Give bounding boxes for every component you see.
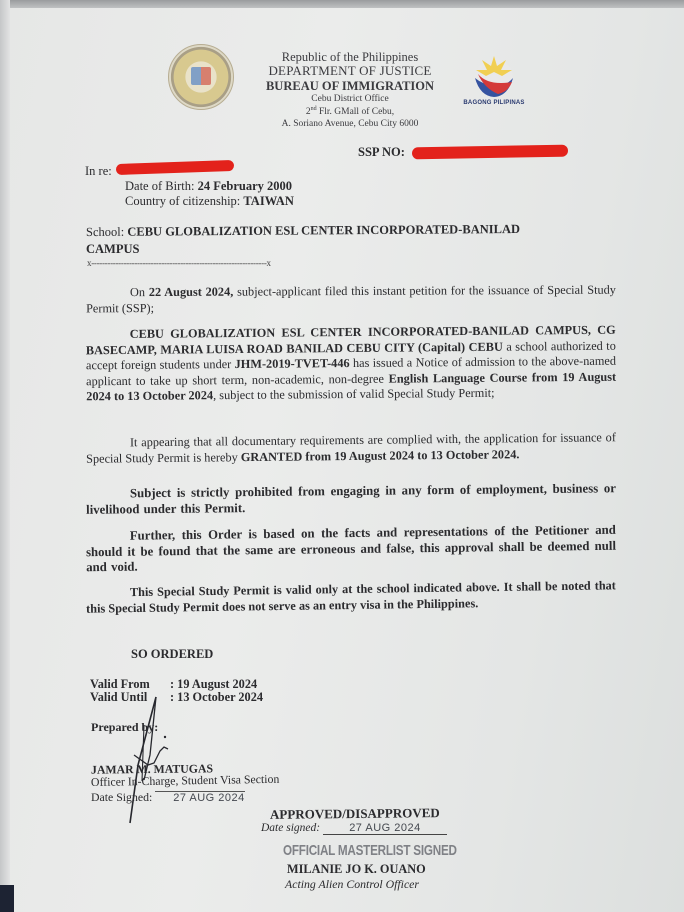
so-ordered: SO ORDERED [131, 647, 213, 662]
citizenship-label: Country of citizenship: [125, 194, 243, 208]
paragraph-prohibition: Subject is strictly prohibited from enga… [86, 481, 616, 518]
background-object [0, 885, 14, 912]
p2-post: , subject to the submission of valid Spe… [213, 386, 495, 402]
address-building: Flr. GMall of Cebu, [317, 107, 395, 117]
paragraph-school-admission: CEBU GLOBALIZATION ESL CENTER INCORPORAT… [86, 323, 617, 405]
letterhead-bureau: BUREAU OF IMMIGRATION [240, 79, 460, 93]
validity-note-text: This Special Study Permit is valid only … [86, 578, 616, 615]
school-name: CEBU GLOBALIZATION ESL CENTER INCORPORAT… [127, 222, 520, 239]
bagong-pilipinas-logo [468, 52, 520, 98]
signature-ink [120, 695, 190, 825]
approval-date-label: Date signed: [261, 822, 323, 834]
school-line2: CAMPUS [86, 242, 139, 257]
dob-label: Date of Birth: [125, 179, 198, 193]
date-of-birth: Date of Birth: 24 February 2000 [125, 179, 292, 194]
citizenship-value: TAIWAN [243, 194, 293, 208]
null-void-text: Further, this Order is based on the fact… [86, 523, 616, 574]
dob-value: 24 February 2000 [198, 179, 292, 193]
approval-heading: APPROVED/DISAPPROVED [270, 805, 440, 823]
letterhead-republic: Republic of the Philippines [240, 50, 460, 64]
ssp-number-label: SSP NO: [358, 145, 405, 160]
letterhead: Republic of the Philippines DEPARTMENT O… [240, 50, 460, 130]
school-line1: School: CEBU GLOBALIZATION ESL CENTER IN… [86, 222, 520, 240]
paragraph-petition: On 22 August 2024, subject-applicant fil… [86, 283, 616, 317]
citizenship: Country of citizenship: TAIWAN [125, 194, 294, 209]
seal-emblem-icon [191, 67, 211, 85]
prohibition-text: Subject is strictly prohibited from enga… [86, 481, 616, 516]
letterhead-department: DEPARTMENT OF JUSTICE [240, 64, 460, 79]
school-label: School: [86, 225, 127, 239]
school-accreditation-code: JHM-2019-TVET-446 [235, 356, 350, 371]
bagong-pilipinas-label: BAGONG PILIPINAS [458, 100, 530, 106]
letterhead-address2: A. Soriano Avenue, Cebu City 6000 [240, 119, 460, 131]
granted-period: GRANTED from 19 August 2024 to 13 Octobe… [241, 447, 520, 464]
paragraph-granted: It appearing that all documentary requir… [86, 430, 616, 467]
letterhead-office: Cebu District Office [240, 94, 460, 106]
petition-date: 22 August 2024, [149, 285, 234, 299]
official-masterlist-stamp: OFFICIAL MASTERLIST SIGNED [283, 842, 457, 859]
separator-line: x---------------------------------------… [87, 258, 271, 268]
approver-name: MILANIE JO K. OUANO [287, 862, 426, 877]
page-edge [0, 0, 10, 912]
bureau-seal-logo [168, 44, 234, 110]
p1-pre: On [130, 285, 149, 299]
letterhead-address1: 2nd Flr. GMall of Cebu, [240, 106, 460, 119]
approval-date-signed: Date signed: 27 AUG 2024 [261, 822, 447, 835]
valid-from-value: : 19 August 2024 [170, 677, 257, 691]
paragraph-null-void: Further, this Order is based on the fact… [86, 523, 617, 576]
in-re-label: In re: [85, 164, 112, 179]
approval-date-stamp: 27 AUG 2024 [323, 822, 447, 835]
approver-title: Acting Alien Control Officer [285, 877, 419, 892]
